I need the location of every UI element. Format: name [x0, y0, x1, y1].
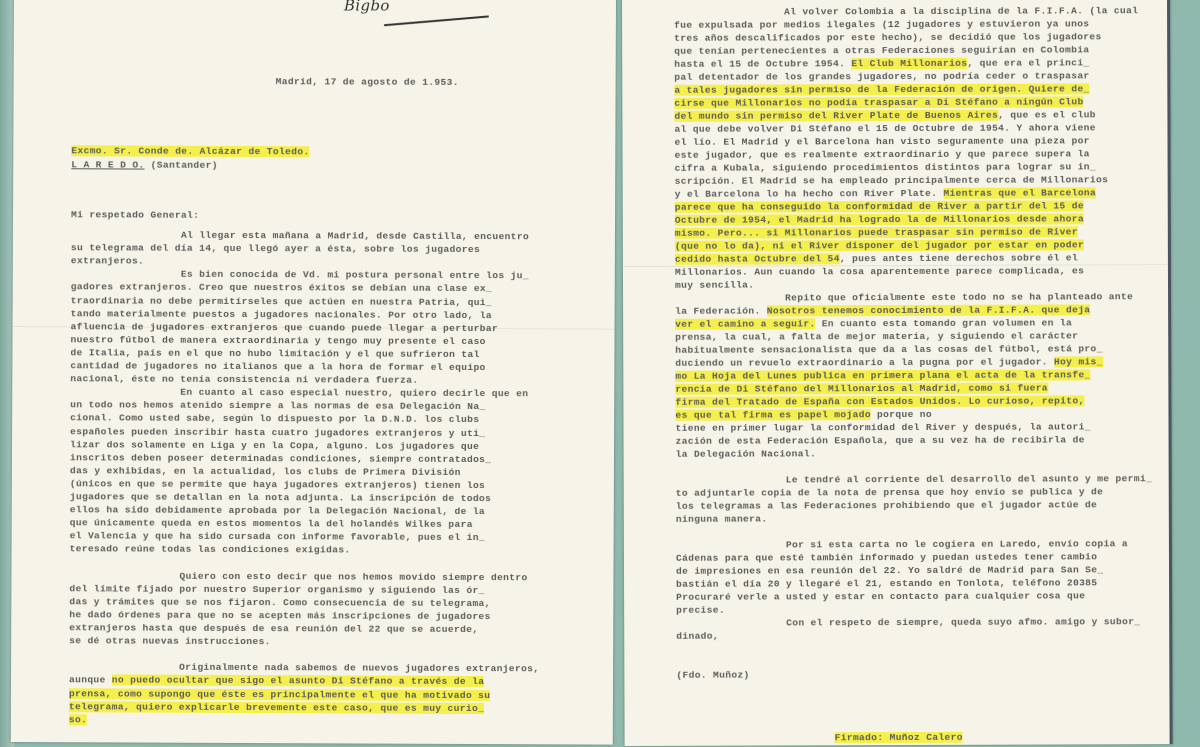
typed-text: Es bien conocida de Vd. mi postura perso… [181, 269, 529, 282]
typed-text: gadores extranjeros. Creo que nuestros é… [71, 282, 492, 295]
typed-line: firma del Tratado de España con Estados … [675, 394, 1084, 409]
typed-text: fue expulsada por medios ilegales (12 ju… [674, 18, 1089, 30]
typed-line: Con el respeto de siempre, queda suyo af… [676, 615, 1140, 630]
typed-text: se dé otras nuevas instrucciones. [69, 635, 271, 647]
typed-text: cifra a Kubala, siguiendo procedimientos… [675, 161, 1096, 173]
typed-text: precise. [676, 605, 725, 616]
typed-line: se dé otras nuevas instrucciones. [69, 634, 271, 648]
typed-text: , pues antes tiene derechos sobre él el [840, 252, 1078, 264]
highlighted-text: Hoy mis_ [1054, 356, 1103, 367]
highlighted-text: a tales jugadores sin permiso de la Fede… [674, 83, 1089, 95]
typed-text: lizar dos solamente en Liga y en la Copa… [70, 439, 479, 452]
highlighted-text: mo La Hoja del Lunes publica en primera … [675, 369, 1090, 381]
typed-text: pal detentador de los grandes jugadores,… [674, 70, 1089, 82]
typed-text: nacional, éste no tenía consistencia ni … [70, 373, 418, 386]
typed-text: extranjeros. [71, 255, 144, 266]
signature-underline [384, 15, 489, 26]
typed-text: Por si esta carta no le cogiera en Lared… [786, 538, 1128, 550]
highlighted-text: parece que ha conseguido la conformidad … [675, 200, 1084, 212]
typed-text: habitualmente sensacionalista que da a l… [675, 343, 1103, 355]
typed-text: cantidad de jugadores no italianos que a… [70, 360, 485, 373]
typed-text: aunque [69, 675, 112, 686]
typed-text: españoles pueden inscribir hasta cuatro … [70, 426, 485, 439]
typed-line: dinado, [676, 630, 719, 643]
typed-text: de impresiones en esa reunión del 22. Yo… [676, 564, 1104, 576]
typed-text: cional. Como usted sabe, según lo dispue… [70, 413, 479, 426]
typed-text: un todo nos hemos atenido siempre a las … [70, 400, 485, 413]
typed-text: tres años descalificados por este hecho)… [674, 31, 1102, 43]
addressee-province: (Santander) [145, 160, 218, 171]
highlighted-text: (que no lo da), ni el River disponer del… [675, 239, 1084, 251]
highlighted-text: mismo. Pero... si Millonarios puede tras… [675, 226, 1078, 238]
typed-text: inscritos deben poseer determinadas cond… [70, 452, 491, 465]
highlighted-text: del mundo sin permiso del River Plate de… [674, 110, 998, 122]
highlighted-text: cedido hasta Octubre del 54 [675, 253, 840, 265]
typed-text: la Federación. [675, 305, 767, 316]
typed-text: (únicos en que se permite que haya jugad… [70, 478, 485, 491]
typed-line: muy sencilla. [675, 279, 754, 292]
typed-text: su telegrama del día 14, que llegó ayer … [71, 242, 480, 255]
typed-text: to adjuntarle copia de la nota de prensa… [676, 486, 1104, 498]
typed-text: tando materialmente puestos a jugadores … [71, 308, 492, 321]
handwritten-signature: Bigbo [344, 0, 390, 13]
typed-text: Con el respeto de siempre, queda suyo af… [786, 616, 1140, 628]
typed-line: la Delegación Nacional. [676, 447, 817, 461]
typed-text: , que era el princi_ [967, 57, 1089, 68]
footer-highlight: Firmado: Muñoz Calero [835, 732, 963, 743]
typed-line: so. [69, 713, 87, 726]
typed-text: Cádenas para que esté también informado … [676, 551, 1097, 563]
typed-text: teresado reúne todas las condiciones exi… [70, 544, 351, 556]
typed-line: precise. [676, 604, 725, 617]
highlighted-text: so. [69, 714, 87, 725]
addressee-line-2: L A R E D O. (Santander) [71, 158, 218, 172]
typed-text: que únicamente queda en estos momentos l… [70, 517, 473, 530]
typed-text: los telegramas a las Federaciones prohib… [676, 499, 1097, 511]
typed-text: y el Barcelona lo ha hecho con River Pla… [675, 188, 944, 200]
typed-text: ellos ha sido debidamente aprobada por l… [70, 504, 485, 517]
typed-text: el lío. El Madrid y el Barcelona han vis… [674, 135, 1089, 147]
typed-line: ninguna manera. [676, 512, 768, 526]
typed-text: bastián el día 20 y llegaré el 21, estan… [676, 577, 1097, 589]
typed-text: prensa, la cual, a falta de mejor materi… [675, 330, 1078, 342]
highlighted-text: Mientras que el Barcelona [943, 187, 1096, 199]
highlighted-text: Nosotros tenemos conocimiento de la F.I.… [767, 304, 1091, 316]
typed-text: el Valencia y que ha sido cursada con in… [70, 531, 485, 544]
typed-text: porque no [871, 409, 932, 420]
typed-text: jugadores que se detallan en la nota adj… [70, 491, 491, 504]
typed-text: Originalmente nada sabemos de nuevos jug… [179, 662, 539, 675]
typed-line: Millonarios. Aun cuando la cosa aparente… [675, 264, 1084, 279]
date-line: Madrid, 17 de agosto de 1.953. [276, 75, 459, 89]
typed-line: extranjeros. [71, 254, 144, 268]
typed-line: telegrama, quiero explicarle brevemente … [69, 700, 484, 715]
typed-text: Repito que oficialmente este todo no se … [785, 291, 1133, 303]
highlighted-text: firma del Tratado de España con Estados … [675, 395, 1084, 407]
highlighted-text: cirse que Millonarios no podía traspasar… [674, 96, 1083, 108]
typed-text: Millonarios. Aun cuando la cosa aparente… [675, 265, 1084, 277]
addressee-highlight: Excmo. Sr. Conde de. Alcázar de Toledo. [71, 145, 309, 157]
salutation: Mi respetado General: [71, 208, 199, 222]
footer-signature-line: Firmado: Muñoz Calero [835, 731, 963, 745]
typed-line: los telegramas a las Federaciones prohib… [676, 498, 1097, 513]
typed-text: En cuanto esta tomando gran volumen en l… [816, 317, 1073, 329]
typed-text: scripción. El Madrid se ha empleado prin… [675, 174, 1109, 187]
typed-text: he dado órdenes para que no se acepten m… [69, 609, 490, 622]
typed-text: afluencia de jugadores extranjeros que c… [71, 321, 499, 334]
typed-text: dinado, [676, 631, 719, 642]
typed-text: que tenían pertenecientes a otras Federa… [674, 44, 1089, 56]
typed-line: teresado reúne todas las condiciones exi… [70, 543, 351, 557]
typed-text: la Delegación Nacional. [676, 448, 817, 459]
typed-text: nuestro fútbol de manera extraordinaria … [70, 334, 485, 347]
typed-text: este jugador, que es realmente extraordi… [675, 148, 1090, 160]
highlighted-text: Octubre de 1954, el Madrid ha logrado la… [675, 213, 1084, 225]
typed-line: zación de esta Federación Española, que … [676, 433, 1085, 448]
typed-text: Quiero con esto decir que nos hemos movi… [179, 570, 527, 583]
typed-line: es que tal firma es papel mojado porque … [675, 408, 932, 422]
highlighted-text: rencia de Di Stéfano del Millonarios al … [675, 383, 1048, 395]
highlighted-text: telegrama, quiero explicarle brevemente … [69, 701, 484, 714]
typed-text: hasta el 15 de Octubre 1954. [674, 58, 851, 70]
typed-text: del límite fijado por nuestro Superior o… [69, 583, 484, 596]
typed-text: Al llegar esta mañana a Madrid, desde Ca… [181, 230, 529, 243]
typed-text: Le tendré al corriente del desarrollo de… [786, 473, 1152, 485]
addressee-city: L A R E D O. [71, 159, 144, 170]
typed-text: muy sencilla. [675, 280, 754, 291]
typed-text: , que es el club [998, 109, 1096, 120]
typed-text: de Italia, país en el que no hubo limita… [70, 347, 479, 360]
typed-text: extranjeros hasta que después de esa reu… [69, 622, 478, 635]
typed-text: das y exhibidas, en la actualidad, los c… [70, 465, 461, 478]
highlighted-text: es que tal firma es papel mojado [675, 409, 870, 421]
typed-text: duciendo un revuelo extraordinario a la … [675, 356, 1054, 368]
highlighted-text: El Club Millonarios [851, 58, 967, 69]
typed-text: Al volver Colombia a la disciplina de la… [784, 5, 1138, 17]
typed-text: Procuraré verle a usted y estar en conta… [676, 590, 1085, 602]
typed-text: (Fdo. Muñoz) [676, 670, 749, 681]
letter-page-right: Al volver Colombia a la disciplina de la… [622, 0, 1173, 746]
highlighted-text: ver el camino a seguir. [675, 318, 816, 329]
typed-text: ninguna manera. [676, 513, 768, 524]
typed-line: (Fdo. Muñoz) [676, 669, 749, 682]
typed-text: zación de esta Federación Española, que … [676, 434, 1085, 446]
highlighted-text: prensa, como supongo que éste es princip… [69, 688, 490, 701]
typed-text: traordinaria no debe permitírseles que a… [71, 295, 492, 308]
typed-text: das y trámites que se nos fijaron. Como … [69, 596, 490, 609]
addressee-line-1: Excmo. Sr. Conde de. Alcázar de Toledo. [71, 144, 309, 158]
typed-text: tiene en primer lugar la conformidad del… [675, 421, 1090, 433]
highlighted-text: no puedo ocultar que sigo el asunto Di S… [112, 675, 485, 688]
typed-text: En cuanto al caso especial nuestro, quie… [180, 387, 528, 400]
typed-line: Procuraré verle a usted y estar en conta… [676, 589, 1085, 604]
letter-page-left: Bigbo Madrid, 17 de agosto de 1.953. Exc… [11, 0, 616, 745]
typed-text: al que debe volver Di Stéfano el 15 de O… [674, 122, 1095, 134]
